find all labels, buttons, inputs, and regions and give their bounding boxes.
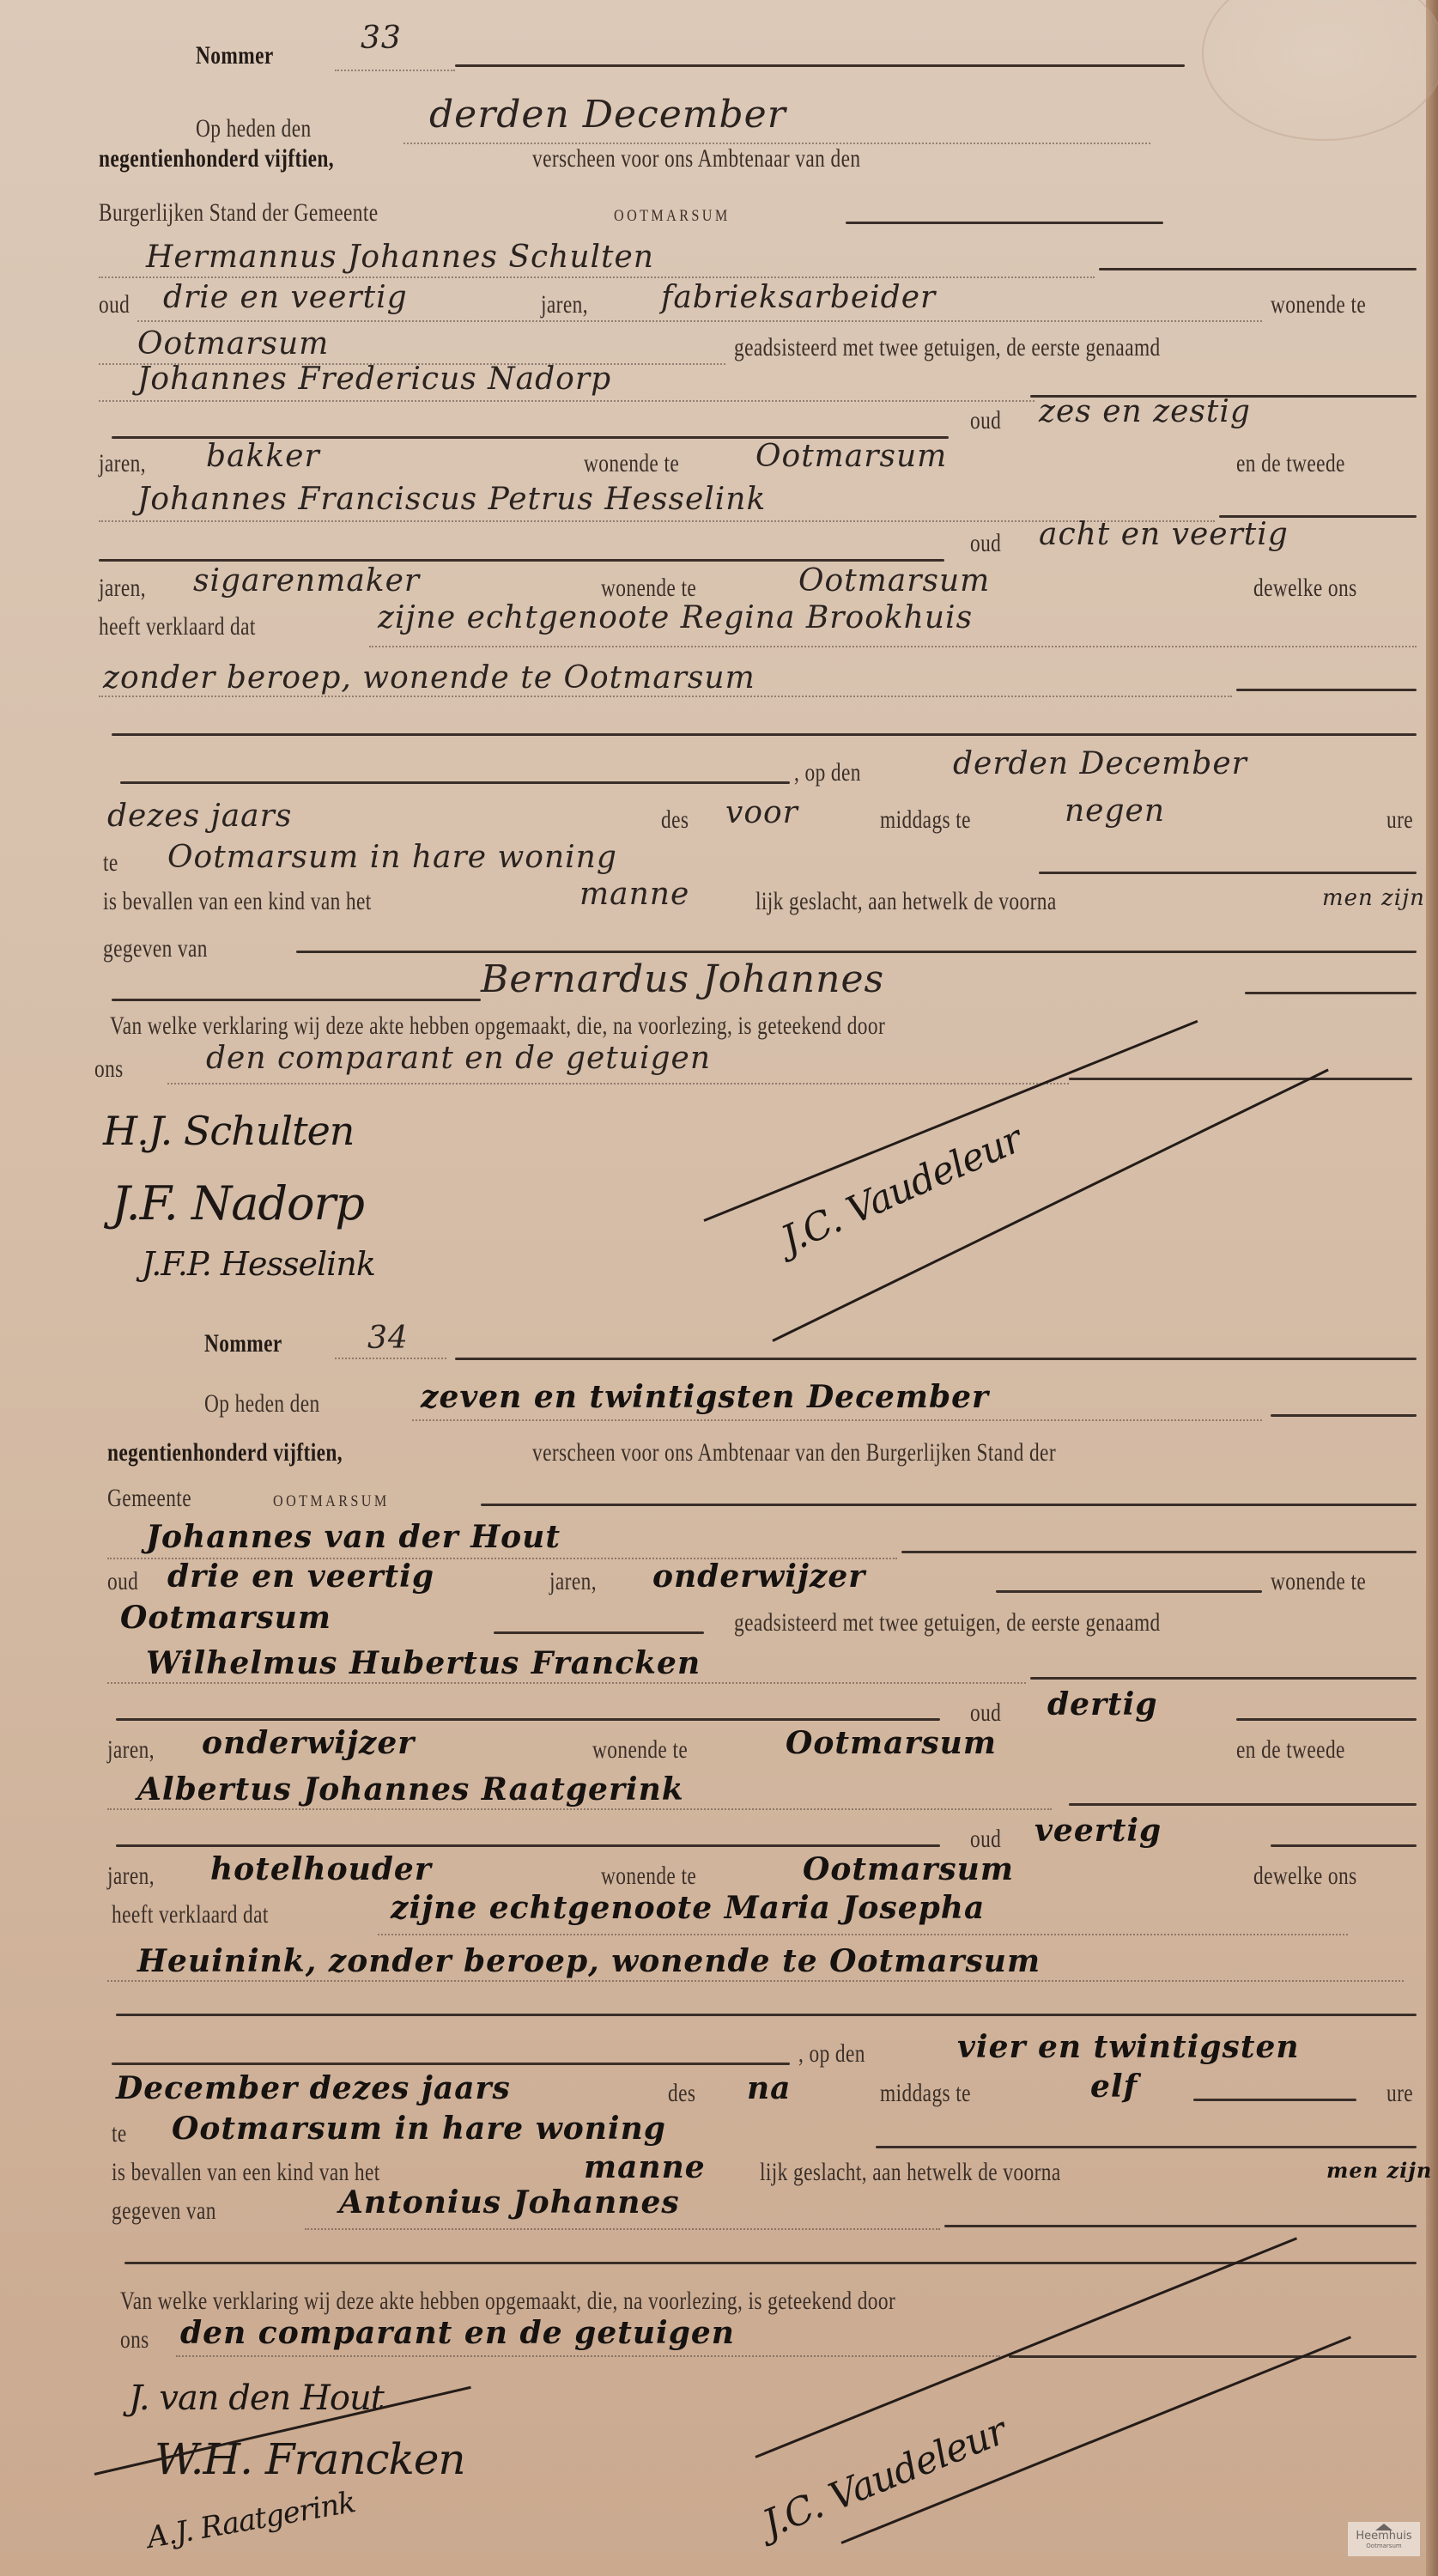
op-heden-label: Op heden den bbox=[196, 112, 312, 146]
des-label: des bbox=[661, 803, 689, 837]
van-welke-label: Van welke verklaring wij deze akte hebbe… bbox=[110, 1009, 885, 1043]
des-part: na bbox=[747, 2069, 792, 2107]
ure-label: ure bbox=[1386, 803, 1413, 837]
heeft-verklaard-label: heeft verklaard dat bbox=[99, 610, 256, 644]
signature-witness-2: J.F.P. Hesselink bbox=[142, 1245, 375, 1283]
father-name: Johannes van der Hout bbox=[146, 1518, 561, 1556]
act-number: 33 bbox=[361, 20, 402, 58]
witness1-name: Wilhelmus Hubertus Francken bbox=[146, 1644, 701, 1682]
gegeven-van-label: gegeven van bbox=[112, 2194, 216, 2228]
declaration-line-2: zonder beroep, wonende te Ootmarsum bbox=[103, 659, 755, 697]
middags-label: middags te bbox=[880, 2076, 971, 2111]
voornamen-suffix: men zijn bbox=[1322, 879, 1425, 917]
op-den-label: , op den bbox=[794, 756, 861, 790]
lijk-geslacht-label: lijk geslacht, aan hetwelk de voorna bbox=[760, 2155, 1061, 2190]
ons-label: ons bbox=[94, 1052, 124, 1086]
witness2-residence: Ootmarsum bbox=[803, 1850, 1014, 1888]
witness2-residence: Ootmarsum bbox=[798, 562, 990, 600]
jaren-label: jaren, bbox=[107, 1859, 155, 1893]
watermark-title: Heemhuis bbox=[1348, 2530, 1420, 2543]
gegeven-van-label: gegeven van bbox=[103, 932, 208, 966]
jaren-label: jaren, bbox=[107, 1733, 155, 1767]
oud-label: oud bbox=[107, 1564, 138, 1599]
year-label: negentienhonderd vijftien, bbox=[99, 142, 334, 176]
ons-label: ons bbox=[120, 2323, 149, 2357]
birth-hour: elf bbox=[1090, 2068, 1138, 2105]
wonende-label: wonende te bbox=[1271, 288, 1366, 322]
declaration-line-2: Heuinink, zonder beroep, wonende te Ootm… bbox=[137, 1942, 1041, 1980]
signed-by: den comparant en de getuigen bbox=[180, 2314, 735, 2352]
wonende-label: wonende te bbox=[592, 1733, 688, 1767]
geadsisteerd-label: geadsisteerd met twee getuigen, de eerst… bbox=[734, 331, 1161, 365]
middags-label: middags te bbox=[880, 803, 971, 837]
oud-label: oud bbox=[970, 526, 1001, 561]
wonende-label: wonende te bbox=[1271, 1564, 1366, 1599]
signed-by: den comparant en de getuigen bbox=[206, 1040, 711, 1078]
verscheen-label: verscheen voor ons Ambtenaar van den bbox=[532, 142, 860, 176]
witness1-occupation: onderwijzer bbox=[202, 1724, 415, 1762]
birth-year: dezes jaars bbox=[107, 798, 292, 835]
ure-label: ure bbox=[1386, 2076, 1413, 2111]
witness2-occupation: sigarenmaker bbox=[193, 562, 420, 600]
declaration-line-1: zijne echtgenoote Maria Josepha bbox=[391, 1889, 985, 1927]
oud-label: oud bbox=[970, 404, 1001, 438]
father-occupation: fabrieksarbeider bbox=[661, 279, 936, 317]
te-label: te bbox=[103, 846, 118, 880]
signature-witness-2: A.J. Raatgerink bbox=[144, 2485, 357, 2555]
signature-father: H.J. Schulten bbox=[103, 1108, 354, 1154]
wonende-label: wonende te bbox=[584, 447, 679, 481]
father-residence: Ootmarsum bbox=[120, 1599, 331, 1637]
witness1-residence: Ootmarsum bbox=[755, 438, 947, 476]
witness1-name: Johannes Fredericus Nadorp bbox=[137, 361, 611, 398]
birth-date: derden December bbox=[953, 745, 1247, 783]
father-name: Hermannus Johannes Schulten bbox=[146, 239, 654, 276]
signature-father: J. van den Hout bbox=[129, 2379, 384, 2418]
dewelke-label: dewelke ons bbox=[1253, 571, 1357, 605]
witness2-name: Albertus Johannes Raatgerink bbox=[137, 1771, 684, 1808]
father-age: drie en veertig bbox=[167, 1558, 434, 1595]
act-date: zeven en twintigsten December bbox=[421, 1378, 989, 1416]
witness2-occupation: hotelhouder bbox=[210, 1850, 432, 1888]
op-heden-label: Op heden den bbox=[204, 1387, 320, 1421]
gemeente-label: Gemeente bbox=[107, 1481, 191, 1516]
geadsisteerd-label: geadsisteerd met twee getuigen, de eerst… bbox=[734, 1606, 1161, 1640]
birth-year: December dezes jaars bbox=[116, 2069, 511, 2107]
birth-place: Ootmarsum in hare woning bbox=[172, 2110, 666, 2148]
witness1-residence: Ootmarsum bbox=[786, 1724, 997, 1762]
witness1-occupation: bakker bbox=[206, 438, 320, 476]
des-label: des bbox=[668, 2076, 695, 2111]
act-date: derden December bbox=[429, 96, 786, 134]
witness2-name: Johannes Franciscus Petrus Hesselink bbox=[137, 481, 766, 519]
father-occupation: onderwijzer bbox=[652, 1558, 865, 1595]
father-age: drie en veertig bbox=[163, 279, 408, 317]
birth-date: vier en twintigsten bbox=[957, 2028, 1300, 2066]
child-sex: manne bbox=[584, 2148, 706, 2186]
year-label: negentienhonderd vijftien, bbox=[107, 1436, 343, 1470]
act-number: 34 bbox=[367, 1320, 409, 1358]
te-label: te bbox=[112, 2117, 127, 2151]
wonende-label: wonende te bbox=[601, 1859, 696, 1893]
en-de-tweede-label: en de tweede bbox=[1236, 1733, 1345, 1767]
child-names: Bernardus Johannes bbox=[481, 961, 884, 999]
child-names: Antonius Johannes bbox=[339, 2184, 680, 2221]
child-sex: manne bbox=[579, 876, 689, 914]
jaren-label: jaren, bbox=[99, 447, 146, 481]
verscheen-label: verscheen voor ons Ambtenaar van den Bur… bbox=[532, 1436, 1056, 1470]
heeft-verklaard-label: heeft verklaard dat bbox=[112, 1898, 269, 1932]
lijk-geslacht-label: lijk geslacht, aan hetwelk de voorna bbox=[755, 884, 1057, 919]
witness2-age: veertig bbox=[1035, 1812, 1162, 1850]
signature-witness-1: W.H. Francken bbox=[155, 2434, 465, 2484]
nommer-label: Nommer bbox=[196, 39, 274, 73]
heemhuis-watermark: Heemhuis Ootmarsum bbox=[1348, 2522, 1420, 2556]
father-residence: Ootmarsum bbox=[137, 325, 329, 363]
nommer-label: Nommer bbox=[204, 1327, 282, 1361]
watermark-subtitle: Ootmarsum bbox=[1348, 2543, 1420, 2550]
municipality-stamp: OOTMARSUM bbox=[273, 1485, 390, 1519]
des-part: voor bbox=[725, 794, 798, 832]
signature-witness-1: J.F. Nadorp bbox=[112, 1176, 364, 1230]
is-bevallen-label: is bevallen van een kind van het bbox=[103, 884, 372, 919]
jaren-label: jaren, bbox=[99, 571, 146, 605]
birth-place: Ootmarsum in hare woning bbox=[167, 839, 617, 877]
burgerlijken-label: Burgerlijken Stand der Gemeente bbox=[99, 196, 379, 230]
birth-hour: negen bbox=[1065, 793, 1165, 830]
op-den-label: , op den bbox=[798, 2037, 865, 2071]
municipality-stamp: OOTMARSUM bbox=[614, 199, 731, 234]
van-welke-label: Van welke verklaring wij deze akte hebbe… bbox=[120, 2284, 895, 2318]
declaration-line-1: zijne echtgenoote Regina Brookhuis bbox=[378, 599, 973, 637]
witness1-age: zes en zestig bbox=[1039, 393, 1251, 431]
witness1-age: dertig bbox=[1047, 1686, 1158, 1723]
jaren-label: jaren, bbox=[549, 1564, 597, 1599]
oud-label: oud bbox=[99, 288, 130, 322]
dewelke-label: dewelke ons bbox=[1253, 1859, 1357, 1893]
en-de-tweede-label: en de tweede bbox=[1236, 447, 1345, 481]
voornamen-suffix: men zijn bbox=[1326, 2152, 1432, 2190]
jaren-label: jaren, bbox=[541, 288, 588, 322]
witness2-age: acht en veertig bbox=[1039, 516, 1289, 554]
